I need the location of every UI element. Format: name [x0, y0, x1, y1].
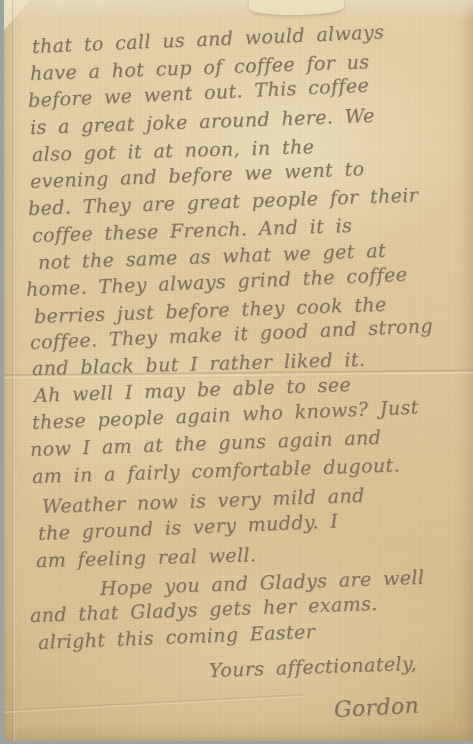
- fold-crease-vertical-left: [12, 0, 16, 741]
- letter-line: and that Gladys gets her exams.: [30, 593, 378, 627]
- letter-line: am feeling real well.: [36, 544, 257, 572]
- letter-page: that to call us and would always have a …: [4, 0, 473, 741]
- valediction-line: Yours affectionately,: [209, 653, 418, 682]
- letter-line: is a great joke around here. We: [30, 105, 375, 139]
- top-edge-highlight: [4, 0, 473, 22]
- letter-line: am in a fairly comfortable dugout.: [32, 454, 401, 488]
- scan-background: that to call us and would always have a …: [0, 0, 473, 744]
- corner-fold-top-left: [4, 0, 30, 30]
- fold-crease-horizontal-bottom: [4, 694, 304, 714]
- letter-line: alright this coming Easter: [38, 621, 316, 654]
- signature-line: Gordon: [333, 694, 419, 723]
